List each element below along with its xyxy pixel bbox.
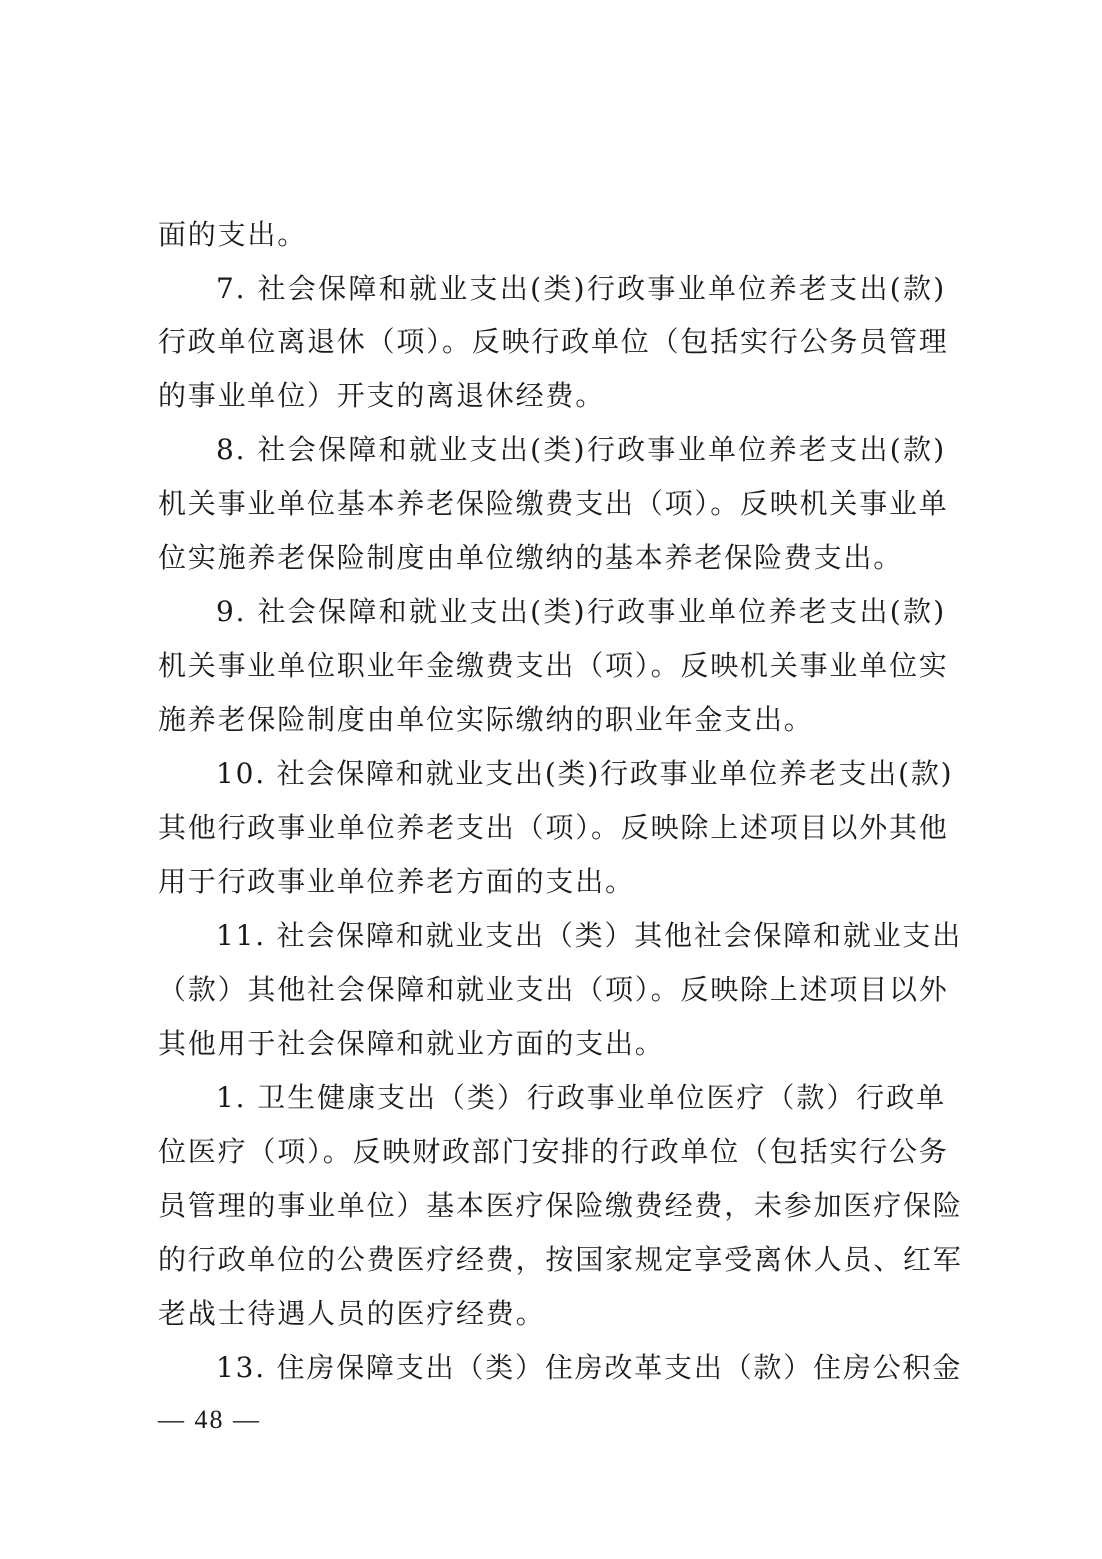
text-line: （款）其他社会保障和就业支出（项）。反映除上述项目以外 (158, 970, 946, 1010)
paragraph-10-line: 10. 社会保障和就业支出(类)行政事业单位养老支出(款) (216, 754, 946, 794)
page-number: — 48 — (158, 1400, 261, 1440)
text-line: 位医疗（项）。反映财政部门安排的行政单位（包括实行公务 (158, 1132, 946, 1172)
text-line: 行政单位离退休（项）。反映行政单位（包括实行公务员管理 (158, 322, 946, 362)
text-line: 的事业单位）开支的离退休经费。 (158, 376, 946, 416)
text-line: 的行政单位的公费医疗经费，按国家规定享受离休人员、红军 (158, 1240, 946, 1280)
text-line: 施养老保险制度由单位实际缴纳的职业年金支出。 (158, 700, 946, 740)
text-line: 用于行政事业单位养老方面的支出。 (158, 862, 946, 902)
paragraph-9-line: 9. 社会保障和就业支出(类)行政事业单位养老支出(款) (216, 592, 946, 632)
text-line: 其他用于社会保障和就业方面的支出。 (158, 1024, 946, 1064)
text-line: 机关事业单位职业年金缴费支出（项）。反映机关事业单位实 (158, 646, 946, 686)
document-page: 面的支出。 7. 社会保障和就业支出(类)行政事业单位养老支出(款) 行政单位离… (0, 0, 1102, 1559)
paragraph-8-line: 8. 社会保障和就业支出(类)行政事业单位养老支出(款) (216, 430, 946, 470)
text-line: 员管理的事业单位）基本医疗保险缴费经费，未参加医疗保险 (158, 1186, 946, 1226)
text-line: 老战士待遇人员的医疗经费。 (158, 1294, 946, 1334)
text-line: 机关事业单位基本养老保险缴费支出（项）。反映机关事业单 (158, 484, 946, 524)
paragraph-13-line: 13. 住房保障支出（类）住房改革支出（款）住房公积金 (216, 1348, 946, 1388)
text-line: 其他行政事业单位养老支出（项）。反映除上述项目以外其他 (158, 808, 946, 848)
paragraph-11-line: 11. 社会保障和就业支出（类）其他社会保障和就业支出 (216, 916, 946, 956)
paragraph-7-line: 7. 社会保障和就业支出(类)行政事业单位养老支出(款) (216, 269, 946, 309)
paragraph-1-line: 1. 卫生健康支出（类）行政事业单位医疗（款）行政单 (216, 1078, 946, 1118)
text-line: 面的支出。 (158, 215, 946, 255)
text-line: 位实施养老保险制度由单位缴纳的基本养老保险费支出。 (158, 538, 946, 578)
